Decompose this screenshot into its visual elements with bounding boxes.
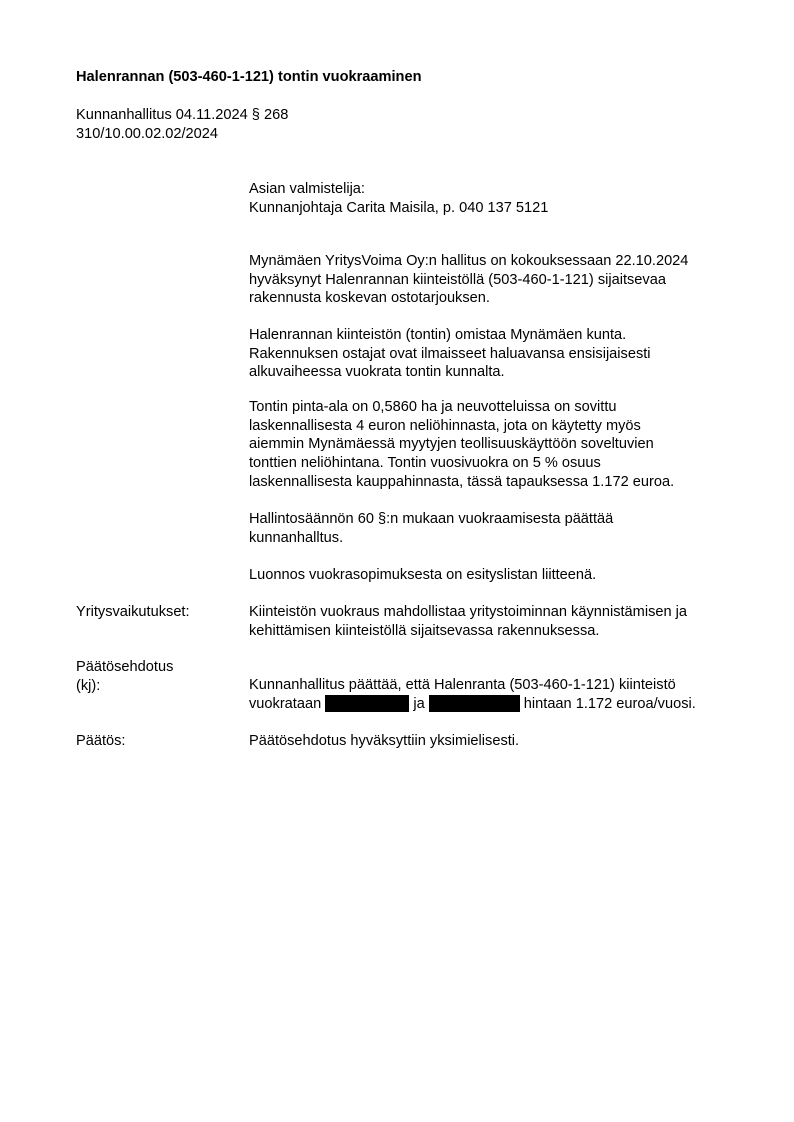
meeting-info: Kunnanhallitus 04.11.2024 § 268 310/10.0…	[76, 106, 288, 143]
record-number: 310/10.00.02.02/2024	[76, 125, 288, 144]
paragraph-line: Rakennuksen ostajat ovat ilmaisseet halu…	[249, 345, 739, 364]
paragraph-line: kunnanhalltus.	[249, 529, 739, 548]
proposal-line2-start: vuokrataan	[249, 696, 325, 712]
paragraph-1: Mynämäen YritysVoima Oy:n hallitus on ko…	[249, 252, 739, 308]
business-impacts-label-text: Yritysvaikutukset:	[76, 603, 190, 622]
paragraph-line: Mynämäen YritysVoima Oy:n hallitus on ko…	[249, 252, 739, 271]
preparer-value: Kunnanjohtaja Carita Maisila, p. 040 137…	[249, 199, 739, 218]
redaction-box	[325, 695, 409, 712]
business-impacts-label: Yritysvaikutukset:	[76, 603, 190, 622]
proposal-line2-end: hintaan 1.172 euroa/vuosi.	[520, 696, 696, 712]
paragraph-4: Hallintosäännön 60 §:n mukaan vuokraamis…	[249, 510, 739, 547]
paragraph-line: hyväksynyt Halenrannan kiinteistöllä (50…	[249, 271, 739, 290]
redaction-box	[429, 695, 520, 712]
preparer-label: Asian valmistelija:	[249, 180, 739, 199]
paragraph-line: Halenrannan kiinteistön (tontin) omistaa…	[249, 326, 739, 345]
proposal-line2: vuokrataan ja hintaan 1.172 euroa/vuosi.	[249, 695, 739, 714]
paragraph-line: kehittämisen kiinteistöllä sijaitsevassa…	[249, 622, 739, 641]
paragraph-line: rakennusta koskevan ostotarjouksen.	[249, 289, 739, 308]
decision-label: Päätös:	[76, 732, 126, 751]
document-page: Halenrannan (503-460-1-121) tontin vuokr…	[0, 0, 794, 1122]
proposal-label-line1: Päätösehdotus	[76, 658, 173, 677]
preparer-block: Asian valmistelija: Kunnanjohtaja Carita…	[249, 180, 739, 217]
decision-text-line: Päätösehdotus hyväksyttiin yksimielisest…	[249, 732, 739, 751]
proposal-text: Kunnanhallitus päättää, että Halenranta …	[249, 676, 739, 713]
business-impacts-text: Kiinteistön vuokraus mahdollistaa yritys…	[249, 603, 739, 640]
paragraph-line: aiemmin Mynämäessä myytyjen teollisuuskä…	[249, 435, 739, 454]
proposal-label: Päätösehdotus (kj):	[76, 658, 173, 695]
paragraph-5: Luonnos vuokrasopimuksesta on esityslist…	[249, 566, 739, 585]
paragraph-line: laskennallisesta 4 euron neliöhinnasta, …	[249, 417, 739, 436]
paragraph-line: Kiinteistön vuokraus mahdollistaa yritys…	[249, 603, 739, 622]
paragraph-line: Tontin pinta-ala on 0,5860 ha ja neuvott…	[249, 398, 739, 417]
paragraph-2: Halenrannan kiinteistön (tontin) omistaa…	[249, 326, 739, 382]
meeting-line: Kunnanhallitus 04.11.2024 § 268	[76, 106, 288, 125]
proposal-label-line2: (kj):	[76, 677, 173, 696]
paragraph-line: Hallintosäännön 60 §:n mukaan vuokraamis…	[249, 510, 739, 529]
paragraph-3: Tontin pinta-ala on 0,5860 ha ja neuvott…	[249, 398, 739, 491]
paragraph-line: alkuvaiheessa vuokrata tontin kunnalta.	[249, 363, 739, 382]
paragraph-line: laskennallisesta kauppahinnasta, tässä t…	[249, 473, 739, 492]
document-title: Halenrannan (503-460-1-121) tontin vuokr…	[76, 68, 422, 86]
proposal-line2-middle: ja	[409, 696, 428, 712]
decision-text: Päätösehdotus hyväksyttiin yksimielisest…	[249, 732, 739, 751]
decision-label-text: Päätös:	[76, 732, 126, 751]
proposal-line1: Kunnanhallitus päättää, että Halenranta …	[249, 676, 739, 695]
paragraph-line: Luonnos vuokrasopimuksesta on esityslist…	[249, 566, 739, 585]
paragraph-line: tonttien neliöhintana. Tontin vuosivuokr…	[249, 454, 739, 473]
